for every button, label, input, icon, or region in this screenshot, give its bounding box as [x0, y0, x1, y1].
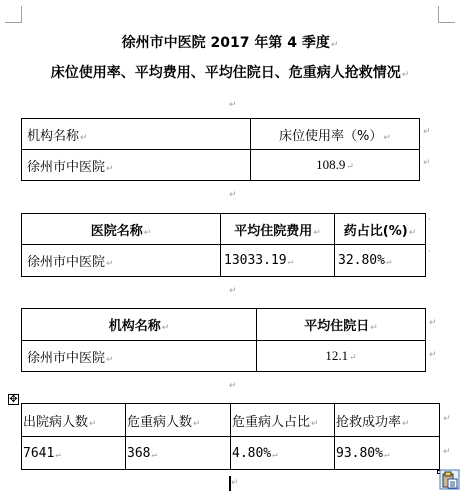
- cell-institution-name[interactable]: 徐州市中医院↵: [22, 341, 257, 372]
- cell-critical-ratio[interactable]: 4.80%↵: [231, 437, 335, 470]
- header-cell-discharged-patients[interactable]: 出院病人数↵: [22, 404, 126, 437]
- header-cell-average-cost[interactable]: 平均住院费用↵: [221, 214, 335, 245]
- header-cell-average-stay[interactable]: 平均住院日↵: [257, 309, 426, 341]
- row-end-mark: ↵: [423, 127, 431, 137]
- cell-discharged-patients[interactable]: 7641↵: [22, 437, 126, 470]
- cell-average-cost[interactable]: 13033.19↵: [221, 245, 335, 277]
- paragraph-mark: ↵: [229, 381, 237, 391]
- table-row: 徐州市中医院↵ 108.9↵: [22, 150, 420, 181]
- page-corner-mark-top-right: [438, 6, 455, 23]
- table-header-row: 医院名称↵ 平均住院费用↵ 药占比(%)↵: [22, 214, 426, 245]
- table-row: 徐州市中医院↵ 12.1↵: [22, 341, 426, 372]
- row-end-mark: ˺: [428, 218, 430, 226]
- header-cell-rescue-success-rate[interactable]: 抢救成功率↵: [335, 404, 440, 437]
- paragraph-mark: ↵: [402, 70, 410, 80]
- row-end-mark: ↵: [429, 350, 437, 360]
- header-cell-hospital[interactable]: 医院名称↵: [22, 214, 221, 245]
- paragraph-mark: ↵: [331, 40, 339, 50]
- table-header-row: 出院病人数↵ 危重病人数↵ 危重病人占比↵ 抢救成功率↵: [22, 404, 440, 437]
- row-end-mark: ↵: [443, 414, 451, 424]
- paragraph-mark: ↵: [229, 190, 237, 200]
- cell-rescue-success-rate[interactable]: 93.80%↵: [335, 437, 440, 470]
- header-cell-drug-ratio[interactable]: 药占比(%)↵: [335, 214, 426, 245]
- table-row: 徐州市中医院↵ 13033.19↵ 32.80%↵: [22, 245, 426, 277]
- cell-drug-ratio[interactable]: 32.80%↵: [335, 245, 426, 277]
- average-stay-table: 机构名称↵ 平均住院日↵ 徐州市中医院↵ 12.1↵: [21, 308, 426, 372]
- header-cell-institution[interactable]: 机构名称↵: [22, 119, 251, 150]
- cell-average-stay[interactable]: 12.1↵: [257, 341, 426, 372]
- average-cost-table: 医院名称↵ 平均住院费用↵ 药占比(%)↵ 徐州市中医院↵ 13033.19↵ …: [21, 213, 426, 277]
- table-header-row: 机构名称↵ 床位使用率（%）↵: [22, 119, 420, 150]
- paragraph-mark: ↵: [229, 100, 237, 110]
- header-cell-critical-patients[interactable]: 危重病人数↵: [126, 404, 231, 437]
- row-end-mark: ↵: [429, 318, 437, 328]
- document-title-line-2: 床位使用率、平均费用、平均住院日、危重病人抢救情况↵: [0, 62, 460, 82]
- row-end-mark: ↵: [443, 447, 451, 457]
- table-row: 7641↵ 368↵ 4.80%↵ 93.80%↵: [22, 437, 440, 470]
- row-end-mark: ˺: [428, 250, 430, 258]
- document-title-line-1: 徐州市中医院 2017 年第 4 季度↵: [0, 32, 460, 52]
- paragraph-mark: ↵: [229, 286, 237, 296]
- cell-bed-usage-rate[interactable]: 108.9↵: [251, 150, 420, 181]
- header-cell-institution[interactable]: 机构名称↵: [22, 309, 257, 341]
- paste-options-icon[interactable]: [439, 469, 460, 490]
- page-corner-mark-top-left: [5, 6, 22, 23]
- table-move-handle-icon[interactable]: ✥: [8, 394, 19, 405]
- paragraph-mark: ↵: [231, 478, 239, 488]
- row-end-mark: ↵: [423, 158, 431, 168]
- bed-usage-table: 机构名称↵ 床位使用率（%）↵ 徐州市中医院↵ 108.9↵: [21, 118, 420, 181]
- cell-institution-name[interactable]: 徐州市中医院↵: [22, 150, 251, 181]
- header-cell-critical-ratio[interactable]: 危重病人占比↵: [231, 404, 335, 437]
- critical-patients-table: 出院病人数↵ 危重病人数↵ 危重病人占比↵ 抢救成功率↵ 7641↵ 368↵ …: [21, 403, 440, 470]
- header-cell-bed-usage-rate[interactable]: 床位使用率（%）↵: [251, 119, 420, 150]
- table-header-row: 机构名称↵ 平均住院日↵: [22, 309, 426, 341]
- title-line-1-text: 徐州市中医院 2017 年第 4 季度: [122, 35, 330, 51]
- title-line-2-text: 床位使用率、平均费用、平均住院日、危重病人抢救情况: [51, 65, 401, 81]
- cell-hospital-name[interactable]: 徐州市中医院↵: [22, 245, 221, 277]
- cell-critical-patients[interactable]: 368↵: [126, 437, 231, 470]
